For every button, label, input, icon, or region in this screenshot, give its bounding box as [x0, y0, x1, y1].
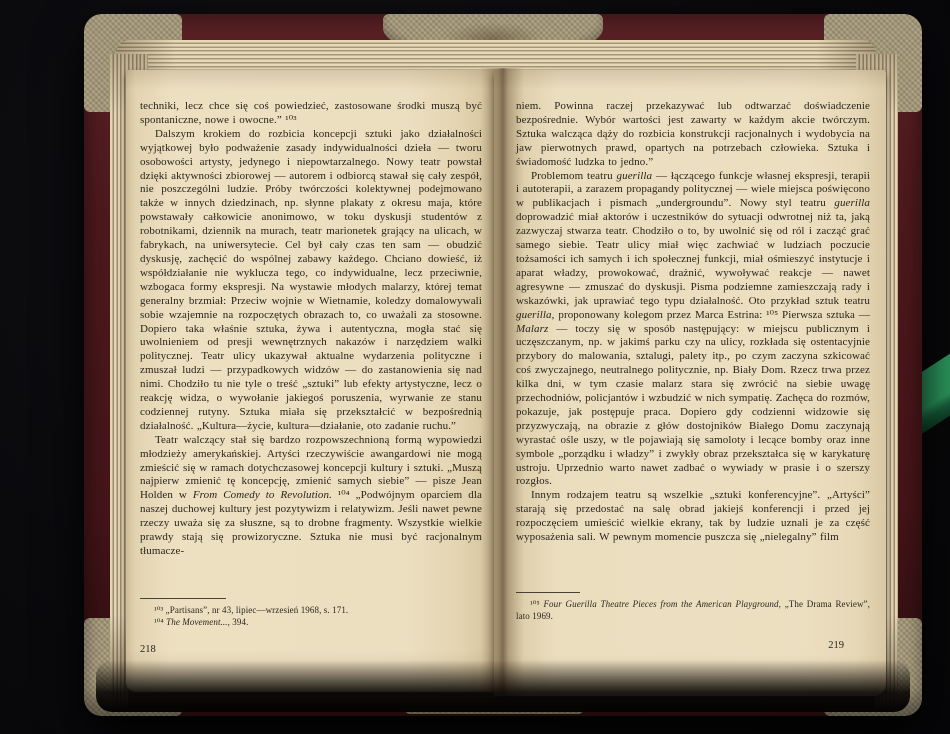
paragraph: niem. Powinna raczej przekazywać lub odt…	[516, 100, 870, 170]
paragraph: Innym rodzajem teatru są wszelkie „sztuk…	[516, 489, 870, 545]
footnote: ¹⁰³ „Partisans”, nr 43, lipiec—wrzesień …	[140, 605, 482, 617]
open-book: techniki, lecz chce się coś powiedzieć, …	[84, 14, 922, 716]
page-number-left: 218	[140, 644, 156, 655]
left-page-text: techniki, lecz chce się coś powiedzieć, …	[140, 100, 482, 559]
footnote-divider	[516, 592, 580, 593]
footnote: ¹⁰⁵ Four Guerilla Theatre Pieces from th…	[516, 599, 870, 622]
green-ribbon-left	[0, 378, 66, 475]
footnote-lines: ¹⁰⁵ Four Guerilla Theatre Pieces from th…	[516, 599, 870, 622]
right-page-footnotes: ¹⁰⁵ Four Guerilla Theatre Pieces from th…	[516, 592, 870, 622]
left-page: techniki, lecz chce się coś powiedzieć, …	[126, 70, 494, 692]
footnote-divider	[140, 598, 226, 599]
paragraph: Problemom teatru guerilla — łączącego fu…	[516, 170, 870, 490]
right-page-text: niem. Powinna raczej przekazywać lub odt…	[516, 100, 870, 545]
page-number-right: 219	[828, 640, 844, 651]
paragraph: Teatr walczący stał się bardzo rozpowsze…	[140, 434, 482, 559]
footnote-lines: ¹⁰³ „Partisans”, nr 43, lipiec—wrzesień …	[140, 605, 482, 628]
paragraph: techniki, lecz chce się coś powiedzieć, …	[140, 100, 482, 128]
left-page-footnotes: ¹⁰³ „Partisans”, nr 43, lipiec—wrzesień …	[140, 598, 482, 628]
book-photograph: techniki, lecz chce się coś powiedzieć, …	[0, 0, 950, 734]
footnote: ¹⁰⁴ The Movement..., 394.	[140, 617, 482, 629]
right-page: niem. Powinna raczej przekazywać lub odt…	[494, 70, 886, 696]
paragraph: Dalszym krokiem do rozbicia koncepcji sz…	[140, 128, 482, 434]
